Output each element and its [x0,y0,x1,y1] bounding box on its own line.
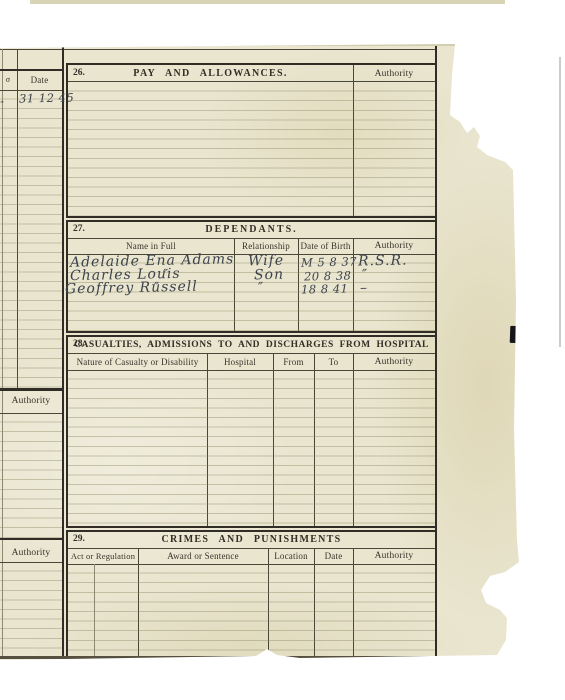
dependant-dob: 18 8 41 [301,282,349,297]
relationship-column-header: Relationship [234,241,298,251]
grid-line [68,353,435,354]
grid-line [0,388,62,391]
dependant-row: Adelaide Ena Adams Wife M 5 8 37 R.S.R. [68,253,439,268]
authority-column-header: Authority [353,551,435,561]
authority-column-header: Authority [353,69,435,79]
name-column-header: Name in Full [68,241,234,251]
left-margin-column: Date σ 31 12 45 - Authority Authority [0,44,64,662]
ink-mark [510,326,520,343]
grid-line [68,370,435,526]
section-crimes: 29. CRIMES AND PUNISHMENTS Act or Regula… [66,530,437,657]
section-dependants: 27. DEPENDANTS. Name in Full Relationshi… [66,220,437,333]
section-pay-and-allowances: 26. PAY AND ALLOWANCES. Authority [66,63,437,218]
authority-column-header: Authority [353,241,435,251]
from-column-header: From [273,357,314,367]
service-record-page: Date σ 31 12 45 - Authority Authority 26… [0,44,522,662]
dependant-name: Geoffrey Russell [65,279,198,298]
adjacent-page-edge [30,0,505,4]
date-column-header: Date [314,551,353,561]
grid-line [0,413,62,538]
hospital-column-header: Hospital [207,357,273,367]
section-title: CRIMES AND PUNISHMENTS [68,534,435,545]
act-column-header: Act or Regulation [68,551,138,561]
nature-column-header: Nature of Casualty or Disability [68,357,207,367]
location-column-header: Location [268,551,314,561]
grid-line [68,238,435,239]
award-column-header: Award or Sentence [138,551,268,561]
section-title: PAY AND ALLOWANCES. [68,68,353,79]
handwritten-stray-mark: - [0,94,5,108]
page-top-edge [0,44,456,46]
grid-line [0,90,62,388]
dependant-authority: – [360,280,368,296]
authority-column-header: Authority [353,357,435,367]
grid-line [68,548,435,549]
grid-line [68,82,435,216]
grid-line [0,69,62,71]
to-column-header: To [314,357,353,367]
left-authority-header-upper: Authority [0,396,62,406]
grid-line [0,538,62,540]
section-title: CASUALTIES, ADMISSIONS TO AND DISCHARGES… [68,340,435,350]
dependant-name-ditto: ″ [154,280,161,296]
left-authority-header-lower: Authority [0,548,62,558]
date-column-header: Date [17,75,62,85]
scanner-edge-shadow [559,57,561,347]
scan-background: Date σ 31 12 45 - Authority Authority 26… [0,0,565,700]
grid-line [0,49,437,50]
section-title: DEPENDANTS. [68,224,435,235]
section-casualties: 28. CASUALTIES, ADMISSIONS TO AND DISCHA… [66,335,437,528]
dependant-relationship: ″ [258,280,265,296]
cutoff-edge-mark: σ [1,75,15,84]
date-of-birth-column-header: Date of Birth [298,241,353,251]
grid-line [68,564,435,656]
grid-line [0,562,62,657]
dependant-row: Geoffrey Russell ″ ″ 18 8 41 – [68,280,439,295]
page-bottom-edge [0,656,500,659]
